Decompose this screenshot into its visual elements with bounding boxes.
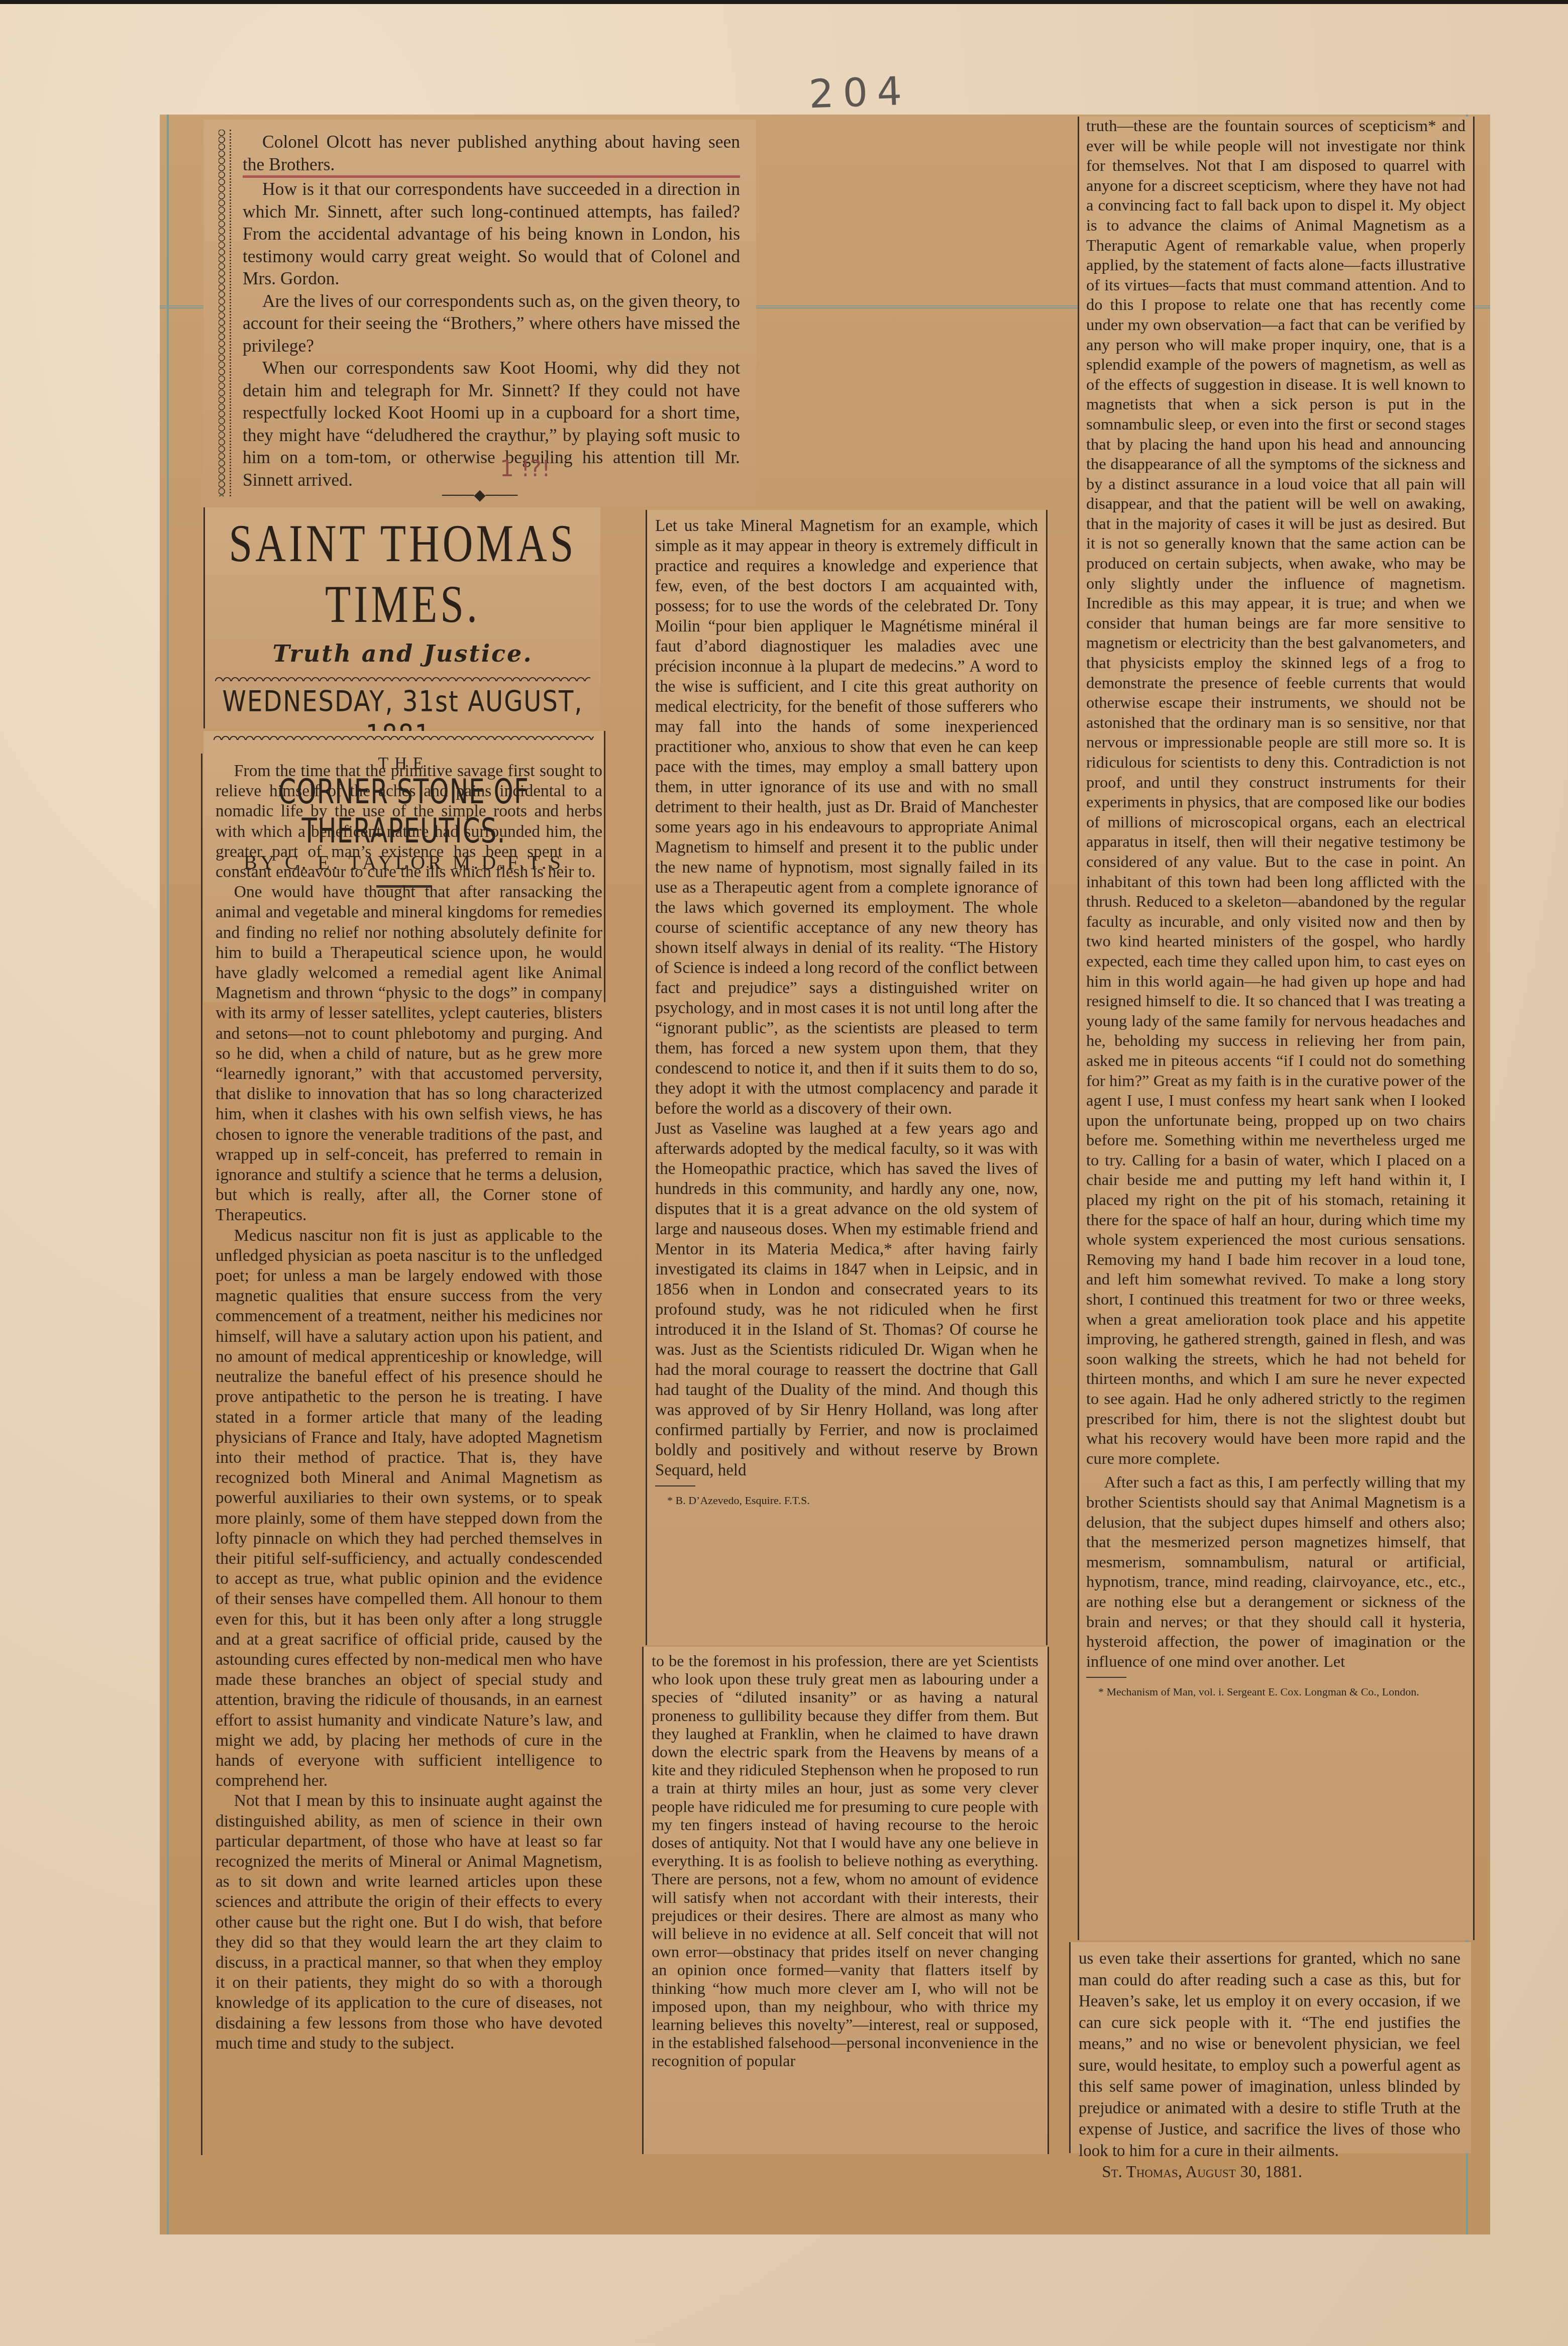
paragraph: After such a fact as this, I am perfectl… <box>1086 1473 1466 1672</box>
paragraph: truth—these are the fountain sources of … <box>1086 117 1466 1469</box>
paragraph: us even take their assertions for grante… <box>1079 1948 1460 2162</box>
paragraph: When our correspondents saw Koot Hoomi, … <box>243 357 740 491</box>
paragraph: to be the foremost in his profession, th… <box>652 1652 1038 2070</box>
newspaper-title: SAINT THOMAS TIMES. <box>205 513 600 635</box>
handwritten-page-number: 204 <box>808 68 911 117</box>
scan-top-edge <box>0 0 1568 4</box>
footnote: * Mechanism of Man, vol. i. Sergeant E. … <box>1086 1682 1466 1702</box>
newspaper-motto: Truth and Justice. <box>205 640 600 667</box>
article-column-2-bottom: to be the foremost in his profession, th… <box>642 1647 1049 2154</box>
clipping-koot-hoomi: Colonel Olcott has never published anyth… <box>203 120 756 506</box>
paragraph: Just as Vaseline was laughed at a few ye… <box>655 1119 1038 1480</box>
masthead-clipping: SAINT THOMAS TIMES. Truth and Justice. W… <box>203 507 600 728</box>
footnote-rule <box>1086 1677 1126 1678</box>
footnote-rule <box>655 1485 695 1486</box>
paragraph: Medicus nascitur non fit is just as appl… <box>216 1226 602 1791</box>
article-column-2-top: Let us take Mineral Magnetism for an exa… <box>646 510 1048 1645</box>
article-column-3-top: truth—these are the fountain sources of … <box>1078 117 1475 1940</box>
paragraph: One would have thought that after ransac… <box>216 882 602 1225</box>
article-column-3-bottom: us even take their assertions for grante… <box>1069 1942 1471 2153</box>
paragraph: Not that I mean by this to insinuate aug… <box>216 1791 602 2054</box>
paragraph: How is it that our correspondents have s… <box>243 178 740 290</box>
wavy-divider <box>214 735 594 740</box>
clipping-koot-hoomi-text: Colonel Olcott has never published anyth… <box>243 131 740 491</box>
diamond-rule-icon: ───◆─── <box>203 486 756 504</box>
wavy-divider <box>215 676 590 681</box>
article-column-1: From the time that the primitive savage … <box>201 754 613 2155</box>
paragraph: Are the lives of our correspondents such… <box>243 290 740 357</box>
paragraph: Colonel Olcott has never published anyth… <box>243 131 740 178</box>
paragraph: From the time that the primitive savage … <box>216 761 602 882</box>
paragraph: Let us take Mineral Magnetism for an exa… <box>655 516 1038 1119</box>
pencil-annotation: 1 !?! <box>500 456 551 482</box>
ledger-rule-left <box>167 115 169 2234</box>
footnote: * B. D’Azevedo, Esquire. F.T.S. <box>655 1490 1038 1511</box>
article-dateline: St. Thomas, August 30, 1881. <box>1079 2162 1460 2183</box>
decorative-border <box>219 130 231 496</box>
